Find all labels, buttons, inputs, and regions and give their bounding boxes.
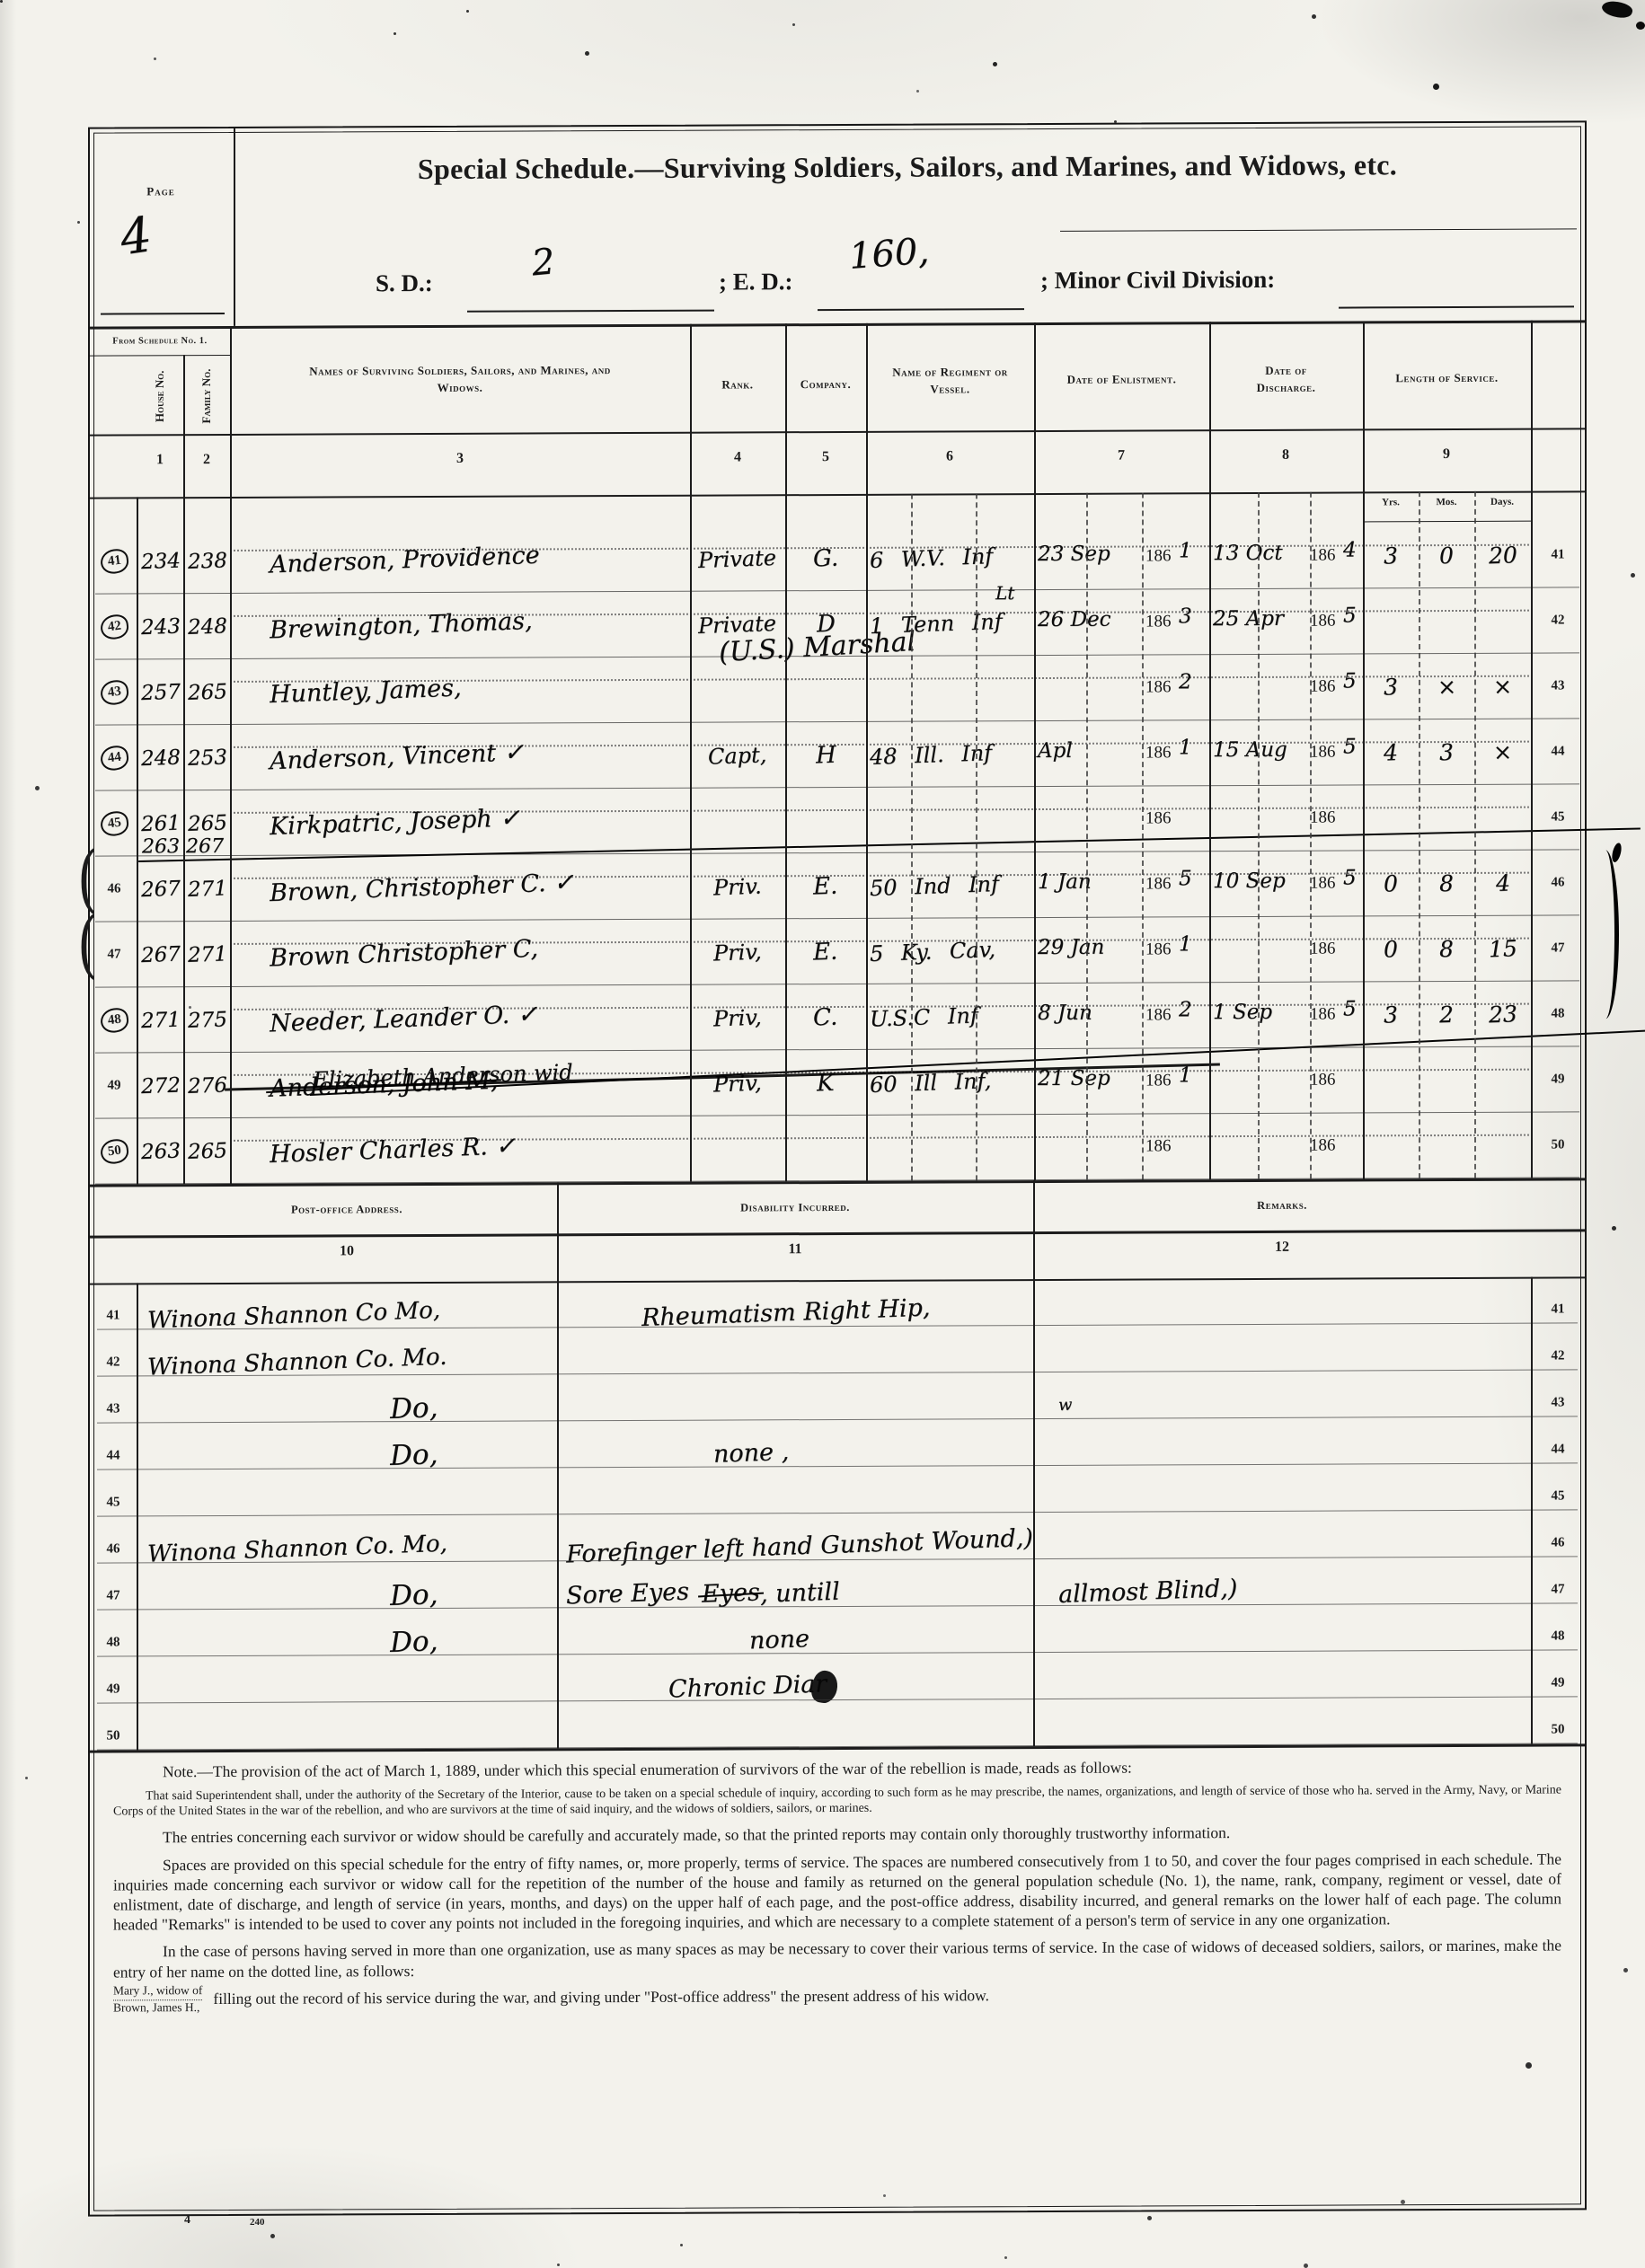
lieutenant-annotation: Lt	[995, 582, 1014, 604]
col-num-3: 3	[456, 451, 464, 467]
row-number-left: 42	[92, 594, 137, 659]
house-number-entry: 248	[141, 746, 181, 771]
schedule-form-sheet: Page 4 Special Schedule.—Surviving Soldi…	[90, 122, 1585, 2214]
vertical-rule	[1033, 1180, 1035, 1746]
dashed-sub-rule	[1474, 491, 1476, 1178]
row-number-right: 44	[1533, 719, 1583, 784]
widow-entry-example: Mary J., widow of Brown, James H.,	[113, 1983, 202, 2016]
table-row: 45 45	[90, 1463, 1585, 1516]
vertical-rule	[785, 323, 787, 1181]
po-address-entry: Do,	[390, 1578, 438, 1612]
col-num-9: 9	[1443, 446, 1450, 463]
row-number-left: 44	[92, 725, 137, 790]
ed-value-entry: 160,	[848, 231, 931, 278]
regiment-entry: 48 Ill. Inf	[870, 740, 993, 770]
note-paragraph: filling out the record of his service du…	[213, 1987, 989, 2009]
col-num-12: 12	[1275, 1240, 1289, 1256]
printed-year: 186	[1310, 677, 1336, 697]
mcd-label: ; Minor Civil Division:	[1040, 266, 1275, 295]
service-years-entry: 0	[1384, 870, 1399, 897]
sd-value-entry: 2	[530, 241, 556, 284]
page-label: Page	[90, 184, 232, 199]
table-row: 50 50	[90, 1697, 1585, 1750]
row-number-left: 50	[92, 1703, 135, 1769]
col-num-1: 1	[156, 452, 164, 468]
printed-year: 186	[1145, 1071, 1172, 1090]
enlistment-cell: 186	[1034, 1114, 1209, 1180]
yrs-subheader: Yrs.	[1382, 497, 1400, 507]
col-num-5: 5	[822, 449, 829, 465]
dashed-sub-rule	[1086, 493, 1088, 1180]
service-months-entry: ×	[1437, 674, 1456, 701]
discharge-cell: 186	[1209, 1113, 1363, 1179]
veteran-name-entry: Hosler Charles R. ✓	[270, 1132, 517, 1169]
discharge-year-entry: 5	[1343, 669, 1357, 693]
horizontal-rule	[90, 355, 230, 357]
regiment-header: Name of Regiment or Vessel.	[866, 348, 1034, 413]
house-number-entry: 261	[141, 811, 181, 836]
ed-label: ; E. D.:	[719, 268, 793, 296]
enlistment-cell: 29 Jan 186 1	[1034, 917, 1209, 984]
house-number-entry: 271	[141, 1008, 181, 1033]
remarks-entry: w	[1058, 1396, 1073, 1416]
printed-year: 186	[1310, 874, 1336, 894]
horizontal-rule	[1339, 305, 1574, 308]
struck-word: Eyes	[702, 1578, 761, 1608]
family-number-entry: 265	[188, 1139, 228, 1164]
dashed-sub-rule	[976, 493, 977, 1180]
company-entry: H	[815, 741, 836, 769]
printed-year: 186	[1145, 743, 1172, 763]
enlistment-entry: 8 Jun	[1038, 1002, 1092, 1025]
ink-blob	[1600, 0, 1633, 21]
enlistment-entry: 1 Jan	[1038, 870, 1092, 894]
dashed-sub-rule	[1142, 493, 1144, 1180]
upper-table-rows: 41 234 238 Anderson, Providence Private …	[90, 522, 1585, 1184]
col-num-10: 10	[340, 1243, 354, 1259]
discharge-entry: 25 Apr	[1213, 607, 1284, 631]
row-number-right: 43	[1533, 653, 1583, 719]
service-days-entry: 15	[1488, 935, 1517, 962]
vertical-rule	[1209, 322, 1211, 1179]
discharge-cell: 13 Oct 186 4	[1209, 523, 1363, 589]
service-days-entry: 20	[1488, 542, 1517, 569]
veteran-name-entry: Brown Christopher C,	[270, 935, 539, 973]
family-number-entry: 248	[188, 614, 228, 640]
regiment-entry: U.S.C Inf	[870, 1002, 979, 1031]
row-number-right: 47	[1533, 915, 1583, 981]
veteran-name-entry: Anderson, Vincent ✓	[270, 738, 525, 775]
family-number-entry: 238	[188, 549, 228, 574]
house-number-entry: 234	[141, 549, 181, 574]
discharge-year-entry: 5	[1343, 604, 1357, 627]
veteran-name-entry: Huntley, James,	[270, 674, 462, 709]
horizontal-rule	[101, 313, 225, 314]
row-number-right: 42	[1533, 587, 1583, 653]
family-number-entry: 271	[188, 942, 228, 967]
enlistment-year-entry: 1	[1179, 736, 1192, 759]
enlistment-year-entry: 2	[1179, 998, 1192, 1021]
days-subheader: Days.	[1490, 497, 1514, 507]
service-years-entry: 3	[1384, 543, 1399, 569]
service-days-entry: 4	[1495, 869, 1510, 896]
company-header: Company.	[785, 352, 866, 417]
vertical-rule	[1531, 321, 1533, 1178]
enlistment-cell: 26 Dec 186 3	[1034, 589, 1209, 656]
remarks-entry: allmost Blind,)	[1058, 1575, 1238, 1609]
col-num-8: 8	[1282, 447, 1289, 463]
disability-entry: none	[749, 1625, 810, 1655]
veteran-name-entry: Brown, Christopher C. ✓	[270, 869, 575, 907]
discharge-entry: 1 Sep	[1213, 1001, 1272, 1024]
regiment-entry: 6 W.V. Inf	[870, 543, 994, 573]
service-years-entry: 3	[1384, 674, 1399, 701]
house-number-entry: 263	[141, 1139, 181, 1164]
table-row: 43 257 265 Huntley, James, 186 2 186 5 3…	[90, 653, 1585, 725]
company-entry: G.	[812, 544, 838, 572]
dashed-sub-rule	[1310, 492, 1312, 1179]
disability-entry: Sore Eyes	[566, 1578, 690, 1611]
printed-year: 186	[1145, 612, 1172, 631]
dashed-sub-rule	[1258, 492, 1260, 1179]
row-number-right: 41	[1533, 522, 1583, 587]
discharge-entry: 13 Oct	[1213, 542, 1283, 565]
enlistment-cell: 186 2	[1034, 655, 1209, 721]
family-number-entry: 275	[188, 1008, 228, 1033]
enlistment-header: Date of Enlistment.	[1034, 347, 1209, 412]
service-months-entry: 0	[1439, 543, 1455, 569]
enlistment-year-entry: 5	[1179, 867, 1192, 890]
mos-subheader: Mos.	[1437, 497, 1457, 507]
horizontal-rule	[467, 310, 714, 313]
table-row: 41 234 238 Anderson, Providence Private …	[90, 522, 1585, 594]
names-header: Names of Surviving Soldiers, Sailors, an…	[230, 349, 690, 409]
table-row: 42 Winona Shannon Co. Mo. 42	[90, 1323, 1585, 1376]
vertical-rule	[1531, 1277, 1533, 1744]
veteran-name-entry: Brewington, Thomas,	[270, 607, 533, 644]
service-months-entry: 3	[1439, 739, 1455, 766]
veteran-name-entry: Anderson, Providence	[270, 542, 541, 579]
vertical-rule	[137, 497, 138, 1184]
rank-entry: Private	[698, 544, 777, 572]
service-months-entry: 2	[1439, 1002, 1455, 1028]
note-paragraph: The entries concerning each survivor or …	[113, 1822, 1561, 1848]
vertical-rule	[557, 1182, 559, 1748]
printed-year: 186	[1310, 743, 1336, 763]
vertical-rule	[690, 324, 692, 1182]
example-soldier-name: Brown, James H.,	[113, 2000, 199, 2014]
discharge-entry: 10 Sep	[1213, 869, 1286, 893]
row-number-left: (47	[92, 922, 137, 987]
col-num-4: 4	[734, 449, 741, 465]
printed-year: 186	[1310, 1005, 1336, 1025]
house-number-entry: 257	[141, 680, 181, 705]
family-number-entry: 265	[188, 680, 228, 705]
horizontal-rule	[90, 1229, 1585, 1238]
po-address-entry: Do,	[390, 1625, 438, 1659]
enlistment-entry: Apl	[1038, 739, 1073, 763]
ink-bracket-mark	[1601, 850, 1619, 1019]
printed-year: 186	[1310, 546, 1336, 566]
discharge-cell: 25 Apr 186 5	[1209, 588, 1363, 655]
company-entry: E.	[813, 872, 838, 900]
po-address-header: Post-office Address.	[137, 1190, 557, 1228]
row-number-right: 49	[1533, 1046, 1583, 1112]
service-months-entry: 8	[1439, 936, 1455, 963]
vertical-rule	[1034, 322, 1036, 1180]
table-row: 44 Do, none , 44	[90, 1416, 1585, 1469]
row-number-left: (46	[92, 856, 137, 922]
dashed-sub-rule	[1419, 491, 1420, 1178]
footer-mark: 4	[184, 2213, 190, 2228]
discharge-year-entry: 5	[1343, 997, 1357, 1020]
printed-year: 186	[1145, 546, 1172, 566]
table-row: 50 263 265 Hosler Charles R. ✓ 186 186 5…	[90, 1112, 1585, 1184]
row-number-left: 41	[92, 528, 137, 594]
horizontal-rule	[1060, 228, 1577, 232]
lower-table-rows: 41 Winona Shannon Co Mo, Rheumatism Righ…	[90, 1276, 1585, 1750]
row-number-left: 43	[92, 659, 137, 725]
discharge-cell: 186 5	[1209, 654, 1363, 720]
horizontal-rule	[818, 308, 1024, 311]
printed-year: 186	[1145, 940, 1172, 959]
house-number-entry: 272	[141, 1073, 181, 1099]
enlistment-year-entry: 1	[1179, 932, 1192, 956]
vertical-rule	[1363, 321, 1365, 1178]
disability-entry: , untill	[759, 1578, 840, 1609]
enlistment-entry: 29 Jan	[1038, 936, 1104, 959]
family-number-entry: 265	[188, 811, 228, 836]
row-number-left: 50	[92, 1118, 137, 1184]
vertical-rule	[234, 128, 235, 326]
note-fine-print: That said Superintendent shall, under th…	[113, 1783, 1561, 1820]
table-row: 46 Winona Shannon Co. Mo, Forefinger lef…	[90, 1510, 1585, 1563]
enlistment-cell: 8 Jun 186 2	[1034, 983, 1209, 1049]
service-months-entry: 8	[1439, 870, 1455, 897]
table-row: (47 267 271 Brown Christopher C, Priv, E…	[90, 915, 1585, 987]
page-number-entry: 4	[117, 206, 155, 266]
printed-year: 186	[1310, 612, 1336, 631]
enlistment-cell: 23 Sep 186 1	[1034, 524, 1209, 590]
table-row: (46 267 271 Brown, Christopher C. ✓ Priv…	[90, 850, 1585, 922]
discharge-year-entry: 4	[1343, 538, 1357, 561]
enlistment-year-entry: 3	[1179, 605, 1192, 628]
example-widow-name: Mary J., widow of	[113, 1983, 202, 2000]
printed-year: 186	[1145, 874, 1172, 894]
enlistment-entry: 21 Sep	[1038, 1067, 1110, 1090]
discharge-entry: 15 Aug	[1213, 738, 1287, 762]
rank-header: Rank.	[690, 352, 785, 417]
footer-mark: 240	[250, 2217, 265, 2228]
length-of-service-header: Length of Service.	[1363, 346, 1531, 411]
vertical-rule	[183, 355, 185, 1184]
family-number-entry: 276	[188, 1073, 228, 1099]
veteran-name-entry: Needer, Leander O. ✓	[270, 1001, 538, 1038]
row-number-right: 50	[1533, 1112, 1583, 1178]
po-address-entry: Do,	[390, 1391, 438, 1425]
table-row: 49 Chronic Diar 49	[90, 1650, 1585, 1703]
enlistment-year-entry: 2	[1179, 670, 1192, 693]
printed-year: 186	[1145, 1005, 1172, 1025]
service-years-entry: 3	[1384, 1002, 1399, 1028]
scan-speckles	[0, 0, 3, 3]
vertical-rule	[866, 323, 868, 1181]
note-section: Note.—The provision of the act of March …	[113, 1755, 1561, 2016]
from-schedule-header: From Schedule No. 1.	[90, 328, 230, 356]
family-no-header: Family No.	[199, 369, 214, 424]
company-entry: E.	[813, 938, 838, 966]
rank-entry: Priv.	[713, 873, 762, 900]
row-number-left: 45	[92, 790, 137, 856]
rank-entry: Priv,	[713, 939, 762, 966]
service-years-entry: 4	[1384, 739, 1399, 766]
disability-header: Disability Incurred.	[557, 1188, 1033, 1226]
row-number-left: 49	[92, 1053, 137, 1118]
discharge-header: Date of Discharge.	[1209, 346, 1363, 411]
vertical-rule	[137, 1283, 138, 1750]
po-address-entry: Do,	[390, 1438, 438, 1472]
discharge-cell: 10 Sep 186 5	[1209, 851, 1363, 917]
col-num-11: 11	[788, 1241, 801, 1258]
printed-year: 186	[1310, 1071, 1336, 1090]
family-number-entry: 271	[188, 877, 228, 902]
disability-entry: Chronic Diar	[668, 1670, 827, 1703]
note-paragraph: Spaces are provided on this special sche…	[113, 1849, 1561, 1935]
table-row: 48 Do, none 48	[90, 1603, 1585, 1656]
remarks-header: Remarks.	[1033, 1187, 1531, 1224]
enlistment-cell: Apl 186 1	[1034, 720, 1209, 787]
rank-entry: Capt,	[708, 742, 767, 769]
service-days-entry: ×	[1493, 738, 1513, 765]
discharge-cell: 186	[1209, 916, 1363, 983]
service-days-entry: ×	[1493, 673, 1513, 700]
row-number-right: 50	[1533, 1697, 1583, 1762]
dashed-sub-rule	[911, 494, 913, 1181]
form-rules	[90, 122, 1585, 128]
ink-paren-mark: (	[77, 901, 98, 986]
printed-year: 186	[1310, 808, 1336, 828]
col-num-2: 2	[203, 452, 210, 468]
col-num-7: 7	[1118, 448, 1125, 464]
vertical-rule	[230, 326, 232, 1184]
enlistment-entry: 23 Sep	[1038, 543, 1110, 566]
horizontal-rule	[90, 490, 1585, 499]
service-days-entry: 23	[1488, 1001, 1517, 1028]
service-years-entry: 0	[1384, 936, 1399, 963]
table-row: 43 Do, w 43	[90, 1370, 1585, 1423]
enlistment-cell: 1 Jan 186 5	[1034, 852, 1209, 918]
printed-year: 186	[1145, 1136, 1172, 1156]
ink-blob	[1636, 22, 1645, 30]
enlistment-year-entry: 1	[1179, 539, 1192, 562]
horizontal-rule	[90, 320, 1585, 329]
company-entry: C.	[813, 1003, 838, 1031]
table-row: 41 Winona Shannon Co Mo, Rheumatism Righ…	[90, 1276, 1585, 1329]
printed-year: 186	[1145, 677, 1172, 697]
printed-year: 186	[1310, 940, 1336, 959]
family-number-entry: 253	[188, 746, 228, 771]
sd-label: S. D.:	[376, 269, 433, 297]
disability-entry: none ,	[713, 1438, 790, 1469]
table-row: 47 Do, Sore Eyes Eyes , untill allmost B…	[90, 1557, 1585, 1610]
enlistment-entry: 26 Dec	[1038, 608, 1111, 631]
house-no-header: House No.	[153, 370, 167, 422]
row-number-right: 46	[1533, 850, 1583, 915]
note-paragraph: In the case of persons having served in …	[113, 1936, 1561, 1981]
enlistment-year-entry: 1	[1179, 1063, 1192, 1087]
table-row: 44 248 253 Anderson, Vincent ✓ Capt, H 4…	[90, 719, 1585, 790]
house-number-entry: 267	[141, 877, 181, 902]
discharge-year-entry: 5	[1343, 866, 1357, 889]
row-number-left: 48	[92, 987, 137, 1053]
house-number-entry: 267	[141, 942, 181, 967]
printed-year: 186	[1145, 808, 1172, 828]
house-number-entry: 243	[141, 614, 181, 640]
discharge-cell: 15 Aug 186 5	[1209, 719, 1363, 786]
printed-year: 186	[1310, 1136, 1336, 1156]
rank-entry: Priv,	[713, 1004, 762, 1031]
regiment-entry: 50 Ind Inf	[870, 870, 1000, 900]
horizontal-rule	[90, 428, 1585, 436]
form-title: Special Schedule.—Surviving Soldiers, Sa…	[243, 147, 1572, 186]
col-num-6: 6	[946, 448, 953, 464]
discharge-year-entry: 5	[1343, 735, 1357, 758]
